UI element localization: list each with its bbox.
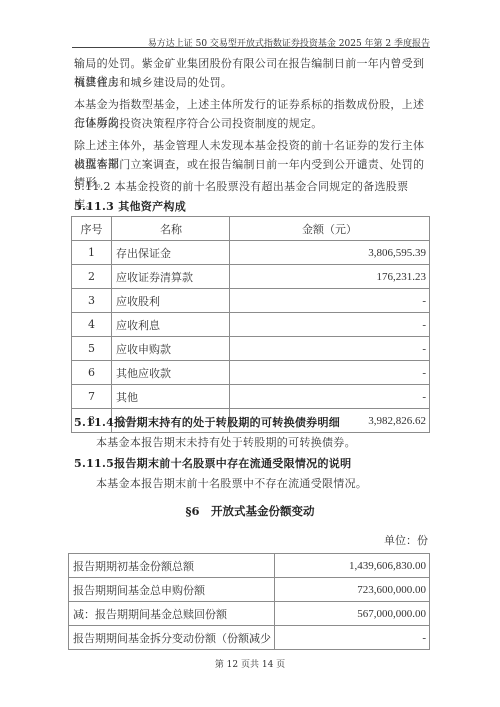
cell-name: 应收股利 xyxy=(112,289,230,313)
cell-name: 应收利息 xyxy=(112,313,230,337)
other-assets-table: 序号 名称 金额（元） 1 存出保证金 3,806,595.39 2 应收证券清… xyxy=(71,216,430,433)
cell-value: 1,439,606,830.00 xyxy=(275,554,430,578)
cell-amount: 3,806,595.39 xyxy=(230,241,430,265)
cell-name: 其他 xyxy=(112,385,230,409)
table-row: 3 应收股利 - xyxy=(72,289,430,313)
cell-no: 1 xyxy=(72,241,112,265)
cell-no: 2 xyxy=(72,265,112,289)
table-row: 报告期期初基金份额总额 1,439,606,830.00 xyxy=(69,554,430,578)
cell-amount: - xyxy=(230,289,430,313)
cell-name: 其他应收款 xyxy=(112,361,230,385)
paragraph-line: 杭县住房和城乡建设局的处罚。 xyxy=(74,74,430,92)
cell-label: 报告期期间基金拆分变动份额（份额减少 xyxy=(69,626,275,650)
table-row: 2 应收证券清算款 176,231.23 xyxy=(72,265,430,289)
table-row: 5 应收申购款 - xyxy=(72,337,430,361)
cell-amount: - xyxy=(230,385,430,409)
cell-no: 7 xyxy=(72,385,112,409)
table-row: 1 存出保证金 3,806,595.39 xyxy=(72,241,430,265)
paragraph-line: 行证券的投资决策程序符合公司投资制度的规定。 xyxy=(74,115,430,133)
cell-label: 报告期期间基金总申购份额 xyxy=(69,578,275,602)
table-row: 减：报告期期间基金总赎回份额 567,000,000.00 xyxy=(69,602,430,626)
cell-amount: - xyxy=(230,337,430,361)
column-header-no: 序号 xyxy=(72,217,112,241)
cell-no: 4 xyxy=(72,313,112,337)
table-row: 报告期期间基金总申购份额 723,600,000.00 xyxy=(69,578,430,602)
cell-no: 3 xyxy=(72,289,112,313)
cell-amount: - xyxy=(230,361,430,385)
cell-amount: 176,231.23 xyxy=(230,265,430,289)
cell-no: 6 xyxy=(72,361,112,385)
cell-name: 存出保证金 xyxy=(112,241,230,265)
cell-name: 应收申购款 xyxy=(112,337,230,361)
column-header-amount: 金额（元） xyxy=(230,217,430,241)
cell-amount: - xyxy=(230,313,430,337)
table-header-row: 序号 名称 金额（元） xyxy=(72,217,430,241)
section-5-11-4-heading: 5.11.4报告期末持有的处于转股期的可转换债券明细 xyxy=(74,414,430,432)
fund-share-change-table: 报告期期初基金份额总额 1,439,606,830.00 报告期期间基金总申购份… xyxy=(68,553,430,650)
cell-value: 723,600,000.00 xyxy=(275,578,430,602)
cell-value: - xyxy=(275,626,430,650)
header-divider xyxy=(72,47,430,48)
unit-label: 单位：份 xyxy=(300,532,428,548)
cell-label: 减：报告期期间基金总赎回份额 xyxy=(69,602,275,626)
section-5-11-3-heading: 5.11.3 其他资产构成 xyxy=(74,198,430,216)
section-6-title: §6 开放式基金份额变动 xyxy=(70,503,430,519)
page-number: 第 12 页共 14 页 xyxy=(0,657,500,670)
cell-label: 报告期期初基金份额总额 xyxy=(69,554,275,578)
table-row: 4 应收利息 - xyxy=(72,313,430,337)
section-5-11-5-body: 本基金本报告期末前十名股票中不存在流通受限情况。 xyxy=(96,475,430,493)
column-header-name: 名称 xyxy=(112,217,230,241)
section-5-11-5-heading: 5.11.5报告期末前十名股票中存在流通受限情况的说明 xyxy=(74,455,430,473)
cell-value: 567,000,000.00 xyxy=(275,602,430,626)
cell-name: 应收证券清算款 xyxy=(112,265,230,289)
cell-no: 5 xyxy=(72,337,112,361)
table-row: 7 其他 - xyxy=(72,385,430,409)
table-row: 报告期期间基金拆分变动份额（份额减少 - xyxy=(69,626,430,650)
table-row: 6 其他应收款 - xyxy=(72,361,430,385)
section-5-11-4-body: 本基金本报告期末未持有处于转股期的可转换债券。 xyxy=(96,434,430,452)
